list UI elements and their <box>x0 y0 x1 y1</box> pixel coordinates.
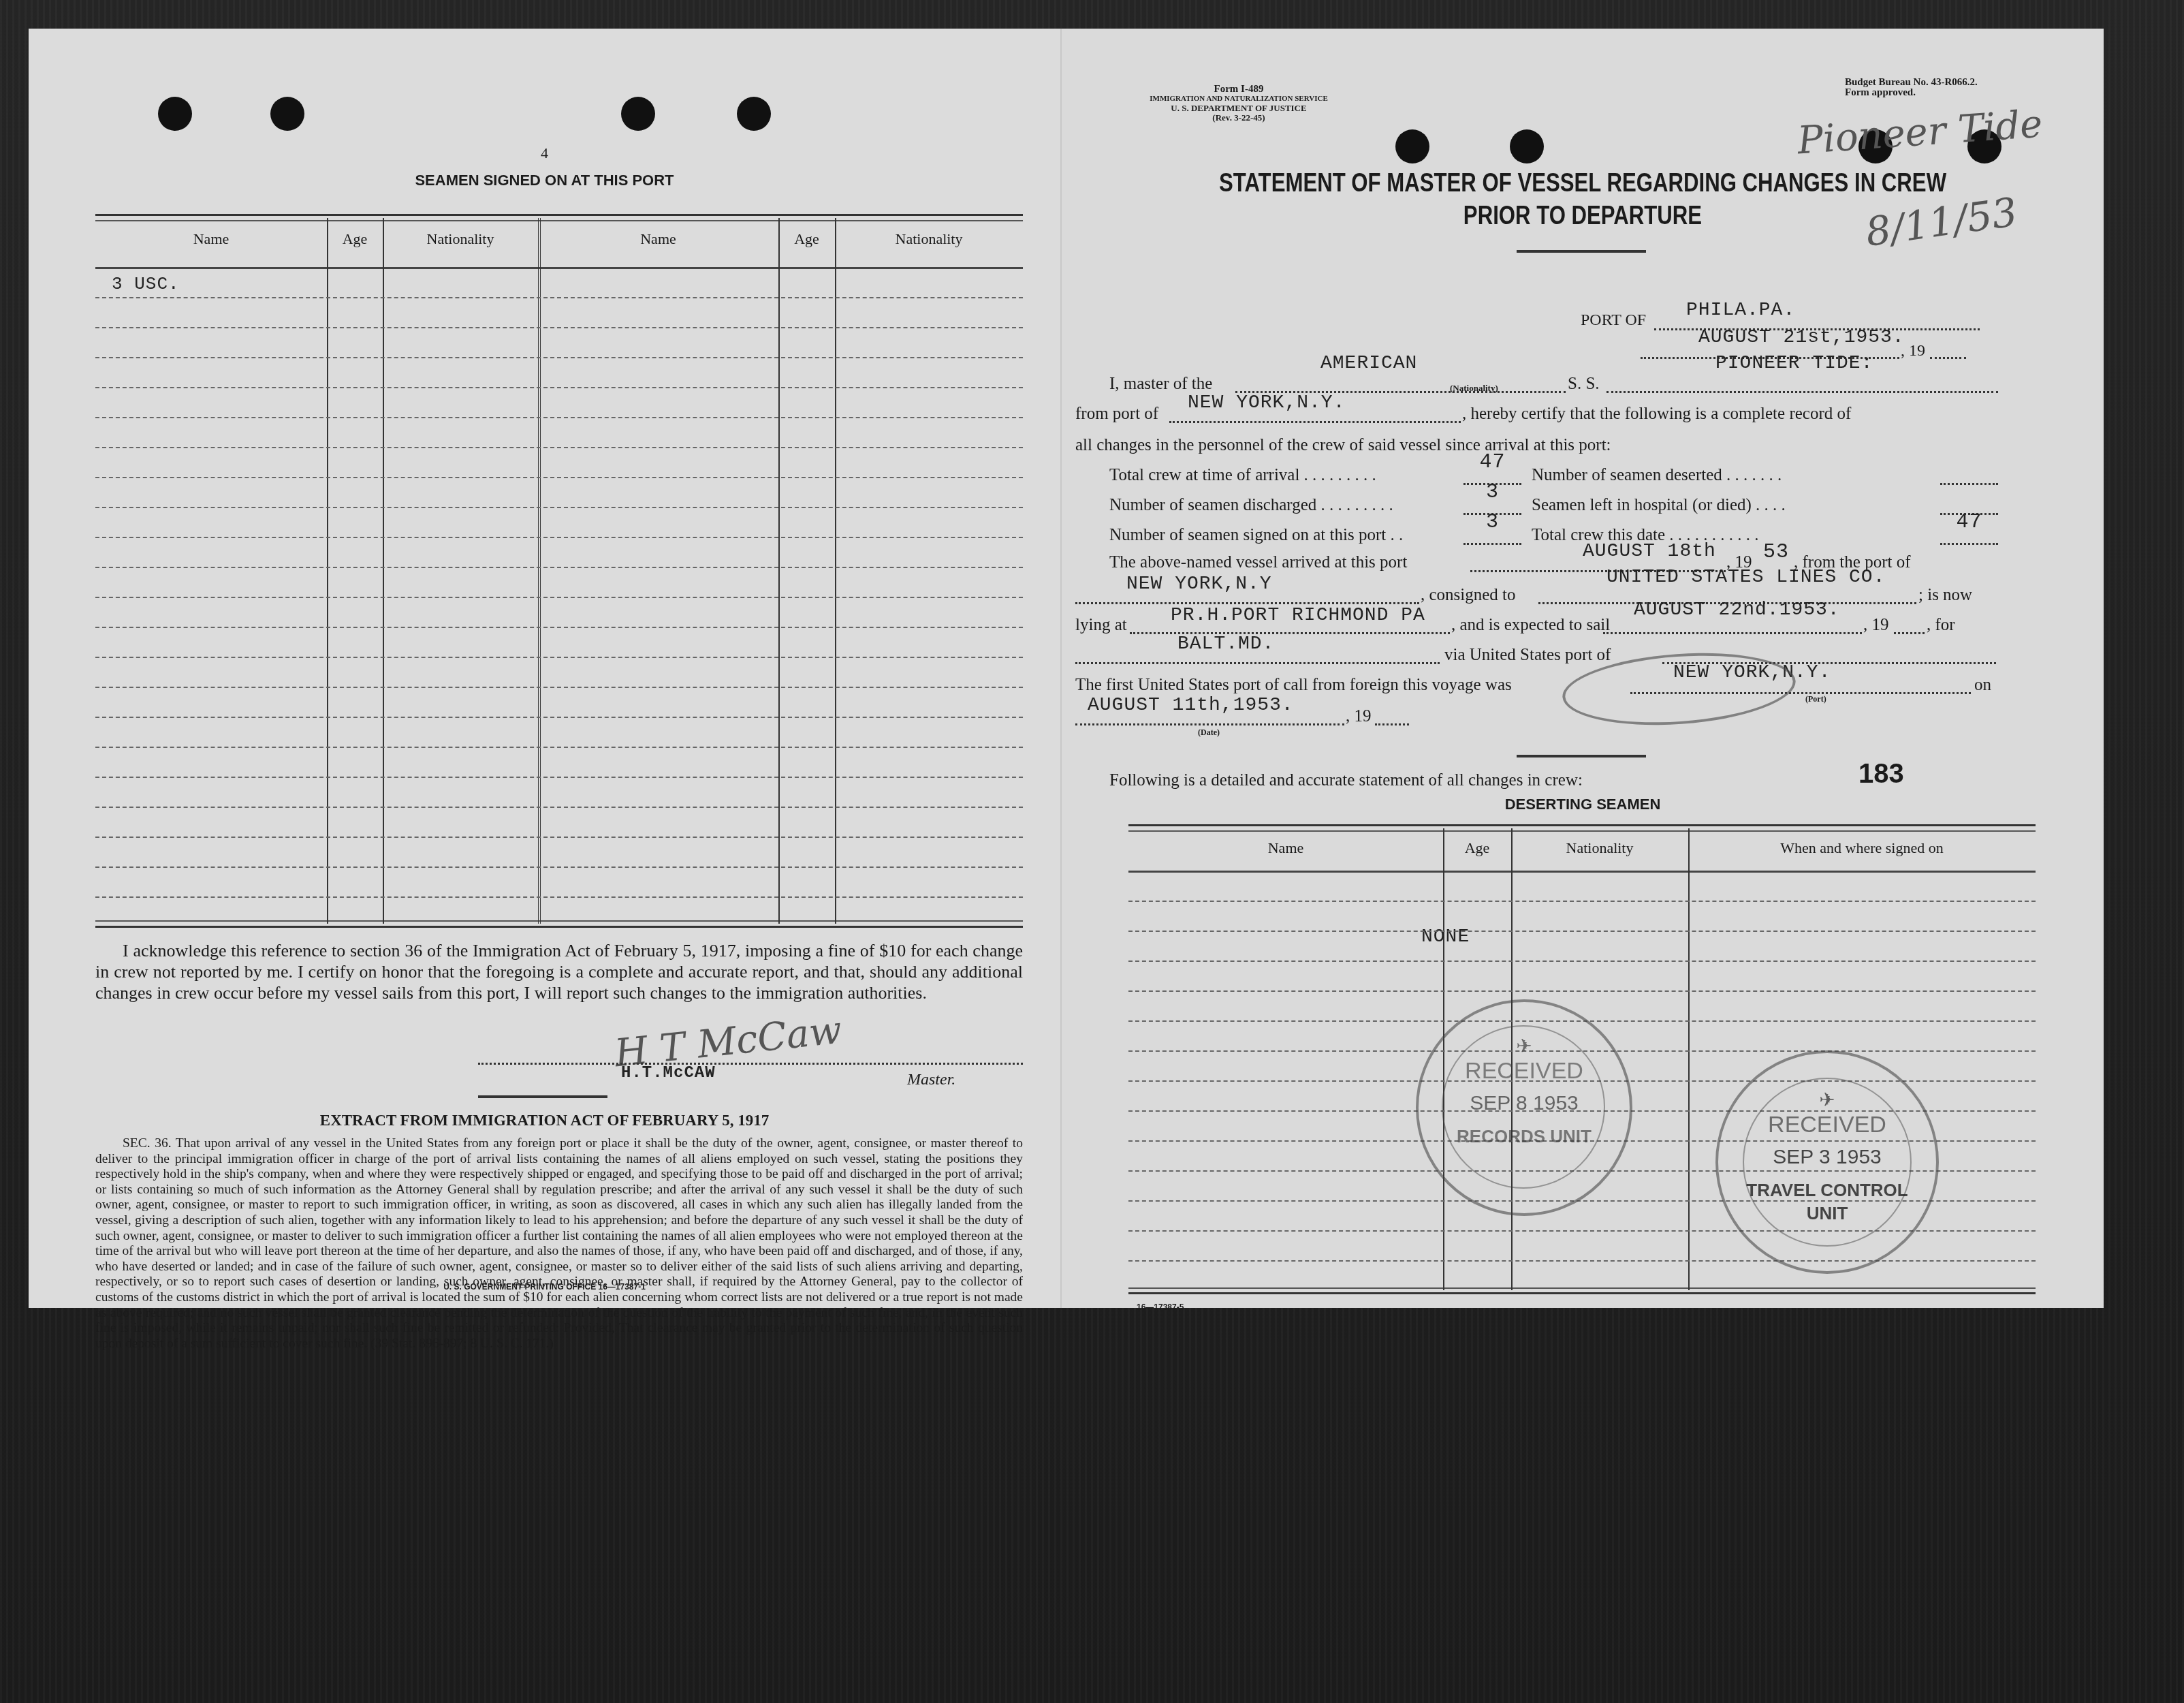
handwritten-ship-name: Pioneer Tide <box>1796 102 2044 163</box>
punch-hole-icon <box>1395 129 1429 163</box>
department-name: U. S. DEPARTMENT OF JUSTICE <box>1116 104 1361 113</box>
airplane-icon: ✈ <box>1718 1089 1936 1111</box>
deserting-entry: NONE <box>1421 926 1470 948</box>
stat-label-deserted: Number of seamen deserted . . . . . . . <box>1532 466 1782 485</box>
from-port-value: NEW YORK,N.Y. <box>1188 392 1345 413</box>
acknowledgement-text: I acknowledge this reference to section … <box>95 940 1023 1003</box>
col-name: Name <box>1128 839 1443 857</box>
form-title: STATEMENT OF MASTER OF VESSEL REGARDING … <box>1156 169 2010 198</box>
form-number: Form I-489 <box>1116 84 1361 94</box>
consigned-label: , consigned to <box>1421 586 1516 605</box>
from-port-2: NEW YORK,N.Y <box>1126 574 1272 595</box>
col-age: Age <box>1443 839 1511 857</box>
stat-label-signed-on: Number of seamen signed on at this port … <box>1109 526 1403 545</box>
stamped-number: 183 <box>1858 759 1904 790</box>
divider <box>1517 250 1646 253</box>
master-typed-name: H.T.McCAW <box>621 1064 716 1082</box>
stat-value-discharged: 3 <box>1463 481 1521 504</box>
deserting-title: DESERTING SEAMEN <box>1062 796 2104 813</box>
col-age-1: Age <box>327 230 383 248</box>
first-port-year-prefix: , 19 <box>1346 707 1372 726</box>
form-approved: Form approved. <box>1845 88 1978 98</box>
following-text: Following is a detailed and accurate sta… <box>1109 771 1583 790</box>
col-nationality-1: Nationality <box>383 230 538 248</box>
lying-at-label: lying at <box>1075 616 1127 635</box>
printer-line: 16—17387-5 <box>1137 1302 1184 1312</box>
stat-value-total-arrival: 47 <box>1463 451 1521 474</box>
received-stamp-travel-control: ✈ RECEIVED SEP 3 1953 TRAVEL CONTROL UNI… <box>1715 1050 1939 1274</box>
col-age-2: Age <box>778 230 835 248</box>
signature-line <box>478 1063 1023 1065</box>
nationality-caption: (Nationality) <box>1450 383 1498 394</box>
form-subtitle: PRIOR TO DEPARTURE <box>1156 202 2010 231</box>
certify-text-2: all changes in the personnel of the crew… <box>1075 436 1611 455</box>
agency-name: IMMIGRATION AND NATURALIZATION SERVICE <box>1116 94 1361 104</box>
divider <box>478 1095 607 1098</box>
arrived-label: The above-named vessel arrived at this p… <box>1109 553 1407 572</box>
punch-hole-icon <box>1510 129 1544 163</box>
master-role-label: Master. <box>907 1071 955 1089</box>
on-label: on <box>1974 676 1991 695</box>
col-name-1: Name <box>95 230 327 248</box>
section-title: SEAMEN SIGNED ON AT THIS PORT <box>29 172 1060 189</box>
left-page: 4 SEAMEN SIGNED ON AT THIS PORT Name Age… <box>29 29 1060 1308</box>
stat-value-signed-on: 3 <box>1463 511 1521 534</box>
seamen-signed-on-table: Name Age Nationality Name Age Nationalit… <box>95 214 1023 928</box>
arrived-year: 53 <box>1763 541 1789 564</box>
port-of-value: PHILA.PA. <box>1686 300 1795 321</box>
port-caption: (Port) <box>1805 694 1826 704</box>
punch-hole-icon <box>158 97 192 131</box>
is-now-label: ; is now <box>1918 586 1972 605</box>
punch-hole-icon <box>621 97 655 131</box>
arrived-date: AUGUST 18th <box>1583 541 1716 562</box>
port-of-label: PORT OF <box>1581 311 1646 330</box>
stat-label-hospital: Seamen left in hospital (or died) . . . … <box>1532 496 1786 515</box>
statement-date: AUGUST 21st,1953. <box>1698 327 1905 348</box>
master-of-label: I, master of the <box>1109 375 1212 394</box>
lying-at: PR.H.PORT RICHMOND PA <box>1171 605 1425 626</box>
from-port-label: from port of <box>1075 405 1158 424</box>
extract-text: SEC. 36. That upon arrival of any vessel… <box>95 1136 1023 1352</box>
consignee: UNITED STATES LINES CO. <box>1607 567 1885 588</box>
right-page: Form I-489 IMMIGRATION AND NATURALIZATIO… <box>1060 29 2104 1308</box>
col-nationality-2: Nationality <box>835 230 1023 248</box>
divider <box>1517 755 1646 757</box>
sail-date: AUGUST 22nd.1953. <box>1634 599 1840 621</box>
punch-hole-icon <box>737 97 771 131</box>
airplane-icon: ✈ <box>1419 1035 1630 1057</box>
budget-bureau-number: Budget Bureau No. 43-R066.2. <box>1845 78 1978 88</box>
received-stamp-records-unit: ✈ RECEIVED SEP 8 1953 RECORDS UNIT <box>1416 999 1632 1216</box>
certify-text: , hereby certify that the following is a… <box>1462 405 1851 424</box>
date-caption: (Date) <box>1198 728 1220 738</box>
date-year-prefix: , 19 <box>1901 342 1925 360</box>
via-label: via United States port of <box>1444 646 1611 665</box>
stat-value-total-this-date: 47 <box>1940 511 1998 534</box>
col-name-2: Name <box>538 230 778 248</box>
stat-label-total-arrival: Total crew at time of arrival . . . . . … <box>1109 466 1376 485</box>
printer-line: U. S. GOVERNMENT PRINTING OFFICE 16—1738… <box>29 1282 1060 1292</box>
for-label: , for <box>1927 616 1955 635</box>
form-header: Form I-489 IMMIGRATION AND NATURALIZATIO… <box>1116 84 1361 123</box>
first-port-date: AUGUST 11th,1953. <box>1088 695 1294 716</box>
destination: BALT.MD. <box>1177 634 1274 655</box>
budget-bureau-block: Budget Bureau No. 43-R066.2. Form approv… <box>1845 78 1978 98</box>
first-port-label: The first United States port of call fro… <box>1075 676 1512 695</box>
form-revision: (Rev. 3-22-45) <box>1116 113 1361 123</box>
page-number: 4 <box>29 144 1060 162</box>
extract-title: EXTRACT FROM IMMIGRATION ACT OF FEBRUARY… <box>29 1112 1060 1129</box>
stat-label-discharged: Number of seamen discharged . . . . . . … <box>1109 496 1393 515</box>
nationality-value: AMERICAN <box>1320 353 1417 374</box>
sail-year-prefix: , 19 <box>1863 616 1889 635</box>
expected-sail-label: , and is expected to sail <box>1451 616 1610 635</box>
table-cell-name: 3 USC. <box>112 274 180 294</box>
ship-name: PIONEER TIDE: <box>1715 353 1873 374</box>
ss-label: S. S. <box>1568 375 1600 394</box>
punch-hole-icon <box>270 97 304 131</box>
col-nationality: Nationality <box>1511 839 1688 857</box>
col-when-where: When and where signed on <box>1688 839 2036 857</box>
